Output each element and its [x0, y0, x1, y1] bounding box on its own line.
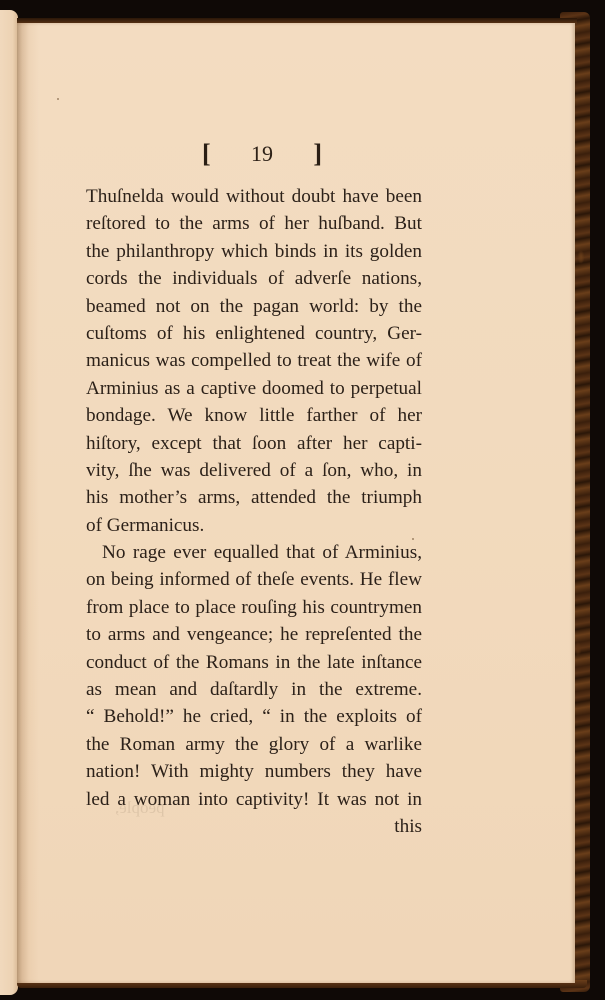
book-photo: [ 19 ] people, Thuſnelda would without d… [0, 0, 605, 1000]
text-line: cuſtoms of his enlightened country, Ger- [86, 320, 422, 347]
body-text: Thuſnelda would without doubt have been … [86, 183, 422, 840]
text-line: as mean and daſtardly in the extreme. [86, 676, 422, 703]
text-line: from place to place rouſing his countrym… [86, 594, 422, 621]
facing-page-edge [0, 10, 18, 995]
text-line: on being informed of theſe events. He fl… [86, 566, 422, 593]
text-line: “ Behold!” he cried, “ in the exploits o… [86, 703, 422, 730]
page-header: [ 19 ] [202, 139, 322, 169]
text-line: nation! With mighty numbers they have [86, 758, 422, 785]
text-line: Arminius as a captive doomed to perpetua… [86, 375, 422, 402]
text-line: the philanthropy which binds in its gold… [86, 238, 422, 265]
right-bracket: ] [313, 139, 322, 169]
text-line: his mother’s arms, attended the triumph [86, 484, 422, 511]
text-line: the Roman army the glory of a warlike [86, 731, 422, 758]
book-page: [ 19 ] people, Thuſnelda would without d… [17, 23, 575, 983]
text-line: reſtored to the arms of her huſband. But [86, 210, 422, 237]
text-line: bondage. We know little farther of her [86, 402, 422, 429]
text-line: vity, ſhe was delivered of a ſon, who, i… [86, 457, 422, 484]
page-number: 19 [251, 141, 273, 167]
left-bracket: [ [202, 139, 211, 169]
text-line: hiſtory, except that ſoon after her capt… [86, 430, 422, 457]
text-line: Thuſnelda would without doubt have been [86, 183, 422, 210]
text-line: to arms and vengeance; he repreſented th… [86, 621, 422, 648]
text-line: manicus was compelled to treat the wife … [86, 347, 422, 374]
text-line-paragraph-start: No rage ever equalled that of Arminius, [86, 539, 422, 566]
text-line: led a woman into captivity! It was not i… [86, 786, 422, 813]
text-line: cords the individuals of adverſe nations… [86, 265, 422, 292]
paper-speck [57, 98, 59, 100]
catchword: this [86, 813, 422, 840]
text-line-paragraph-end: of Germanicus. [86, 512, 422, 539]
text-line: beamed not on the pagan world: by the [86, 293, 422, 320]
text-line: conduct of the Romans in the late inſtan… [86, 649, 422, 676]
